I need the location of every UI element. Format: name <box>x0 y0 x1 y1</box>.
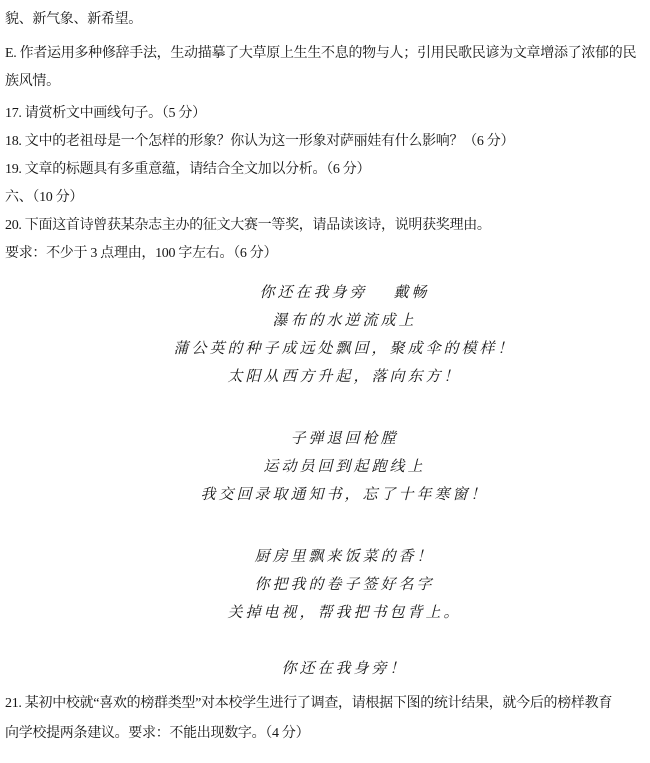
question-21-block: 21. 某初中校就“喜欢的榜群类型”对本校学生进行了调查，请根据下图的统计结果，… <box>5 689 646 749</box>
question-21-wrap: 向学校提两条建议。要求：不能出现数字。（4 分） <box>5 719 646 749</box>
poem-line: 厨房里飘来饭菜的香！ <box>43 543 646 571</box>
question-20: 20. 下面这首诗曾获某杂志主办的征文大赛一等奖，请品读该诗，说明获奖理由。 <box>5 212 646 240</box>
poem-author: 戴畅 <box>394 285 430 301</box>
poem-line: 子弹退回枪膛 <box>43 425 646 453</box>
poem-line: 运动员回到起跑线上 <box>43 453 646 481</box>
question-17: 17. 请赏析文中画线句子。（5 分） <box>5 100 646 128</box>
poem-stanza-3: 厨房里飘来饭菜的香！ 你把我的卷子签好名字 关掉电视，帮我把书包背上。 <box>43 543 646 627</box>
poem-line: 蒲公英的种子成远处飘回，聚成伞的模样！ <box>43 335 646 363</box>
poem-block: 你还在我身旁戴畅 瀑布的水逆流成上 蒲公英的种子成远处飘回，聚成伞的模样！ 太阳… <box>5 279 646 683</box>
question-20-requirement: 要求：不少于 3 点理由，100 字左右。（6 分） <box>5 240 646 268</box>
poem-stanza-2: 子弹退回枪膛 运动员回到起跑线上 我交回录取通知书，忘了十年寒窗！ <box>43 425 646 509</box>
poem-closing-stanza: 你还在我身旁！ <box>43 655 646 683</box>
poem-line: 我交回录取通知书，忘了十年寒窗！ <box>43 481 646 509</box>
poem-title-line: 你还在我身旁戴畅 <box>43 279 646 307</box>
poem-line: 瀑布的水逆流成上 <box>43 307 646 335</box>
poem-line: 你把我的卷子签好名字 <box>43 571 646 599</box>
poem-title: 你还在我身旁 <box>259 285 367 301</box>
option-e-line: E. 作者运用多种修辞手法，生动描摹了大草原上生生不息的物与人；引用民歌民谚为文… <box>5 40 646 68</box>
question-18: 18. 文中的老祖母是一个怎样的形象？你认为这一形象对萨丽娃有什么影响？（6 分… <box>5 128 646 156</box>
option-e-line-wrap: 族风情。 <box>5 68 646 96</box>
poem-line: 关掉电视，帮我把书包背上。 <box>43 599 646 627</box>
poem-stanza-1: 瀑布的水逆流成上 蒲公英的种子成远处飘回，聚成伞的模样！ 太阳从西方升起，落向东… <box>43 307 646 391</box>
question-19: 19. 文章的标题具有多重意蕴，请结合全文加以分析。（6 分） <box>5 156 646 184</box>
poem-line: 你还在我身旁！ <box>43 655 646 683</box>
exam-paper-page: 貌、新气象、新希望。 E. 作者运用多种修辞手法，生动描摹了大草原上生生不息的物… <box>0 0 650 749</box>
text-line-continuation: 貌、新气象、新希望。 <box>5 6 646 34</box>
poem-line: 太阳从西方升起，落向东方！ <box>43 363 646 391</box>
section-six-heading: 六、（10 分） <box>5 184 646 212</box>
question-21: 21. 某初中校就“喜欢的榜群类型”对本校学生进行了调查，请根据下图的统计结果，… <box>5 689 646 719</box>
